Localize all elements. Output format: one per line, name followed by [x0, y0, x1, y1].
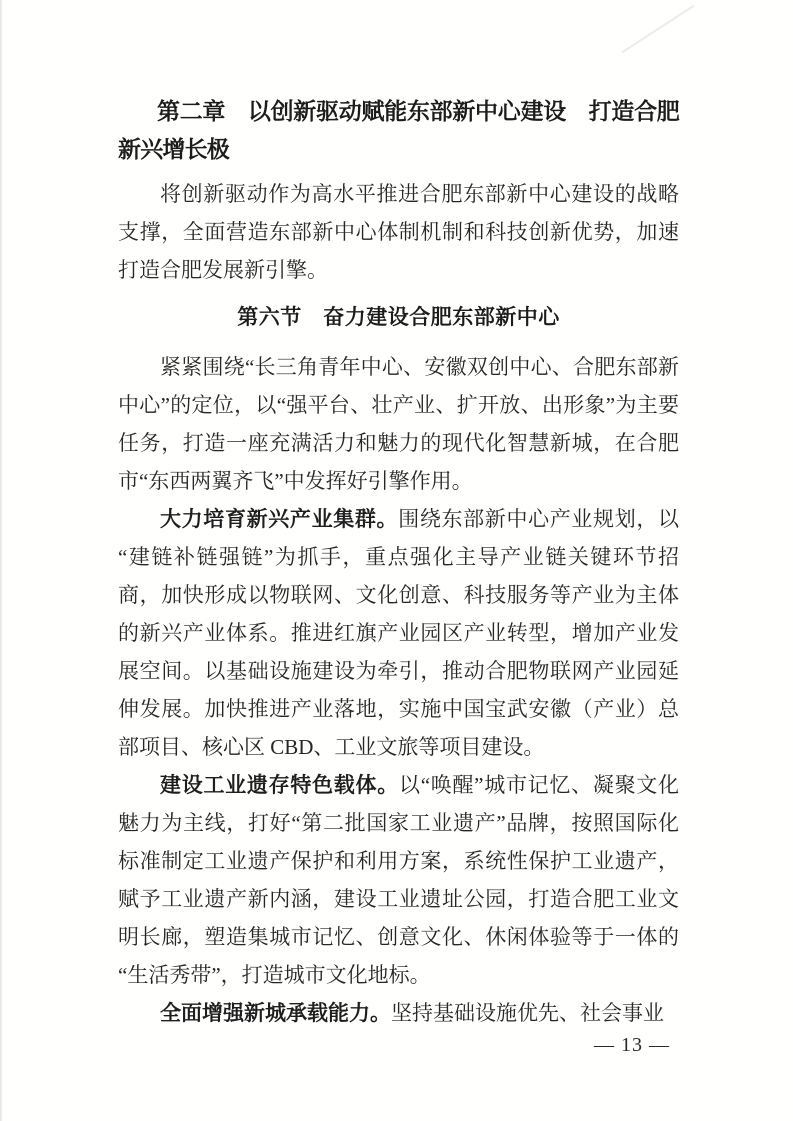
- paragraph-lead-text: 大力培育新兴产业集群。: [160, 507, 398, 531]
- scanned-document-page: 第二章 以创新驱动赋能东部新中心建设 打造合肥新兴增长极 将创新驱动作为高水平推…: [0, 0, 793, 1121]
- paragraph-body-text: 围绕东部新中心产业规划，以“建链补链强链”为抓手，重点强化主导产业链关键环节招商…: [118, 507, 679, 759]
- body-paragraph: 紧紧围绕“长三角青年中心、安徽双创中心、合肥东部新中心”的定位，以“强平台、壮产…: [118, 348, 679, 500]
- body-paragraph: 全面增强新城承载能力。坚持基础设施优先、社会事业: [118, 994, 679, 1032]
- section-heading: 第六节 奋力建设合肥东部新中心: [118, 302, 679, 332]
- page-number: — 13 —: [118, 1033, 670, 1057]
- paragraph-body-text: 紧紧围绕“长三角青年中心、安徽双创中心、合肥东部新中心”的定位，以“强平台、壮产…: [118, 355, 679, 493]
- chapter-intro-paragraph: 将创新驱动作为高水平推进合肥东部新中心建设的战略支撑，全面营造东部新中心体制机制…: [118, 175, 679, 289]
- paragraph-lead-text: 建设工业遗存特色载体。: [160, 773, 399, 797]
- scan-edge-artifact: [0, 0, 3, 1121]
- chapter-heading: 第二章 以创新驱动赋能东部新中心建设 打造合肥新兴增长极: [118, 92, 679, 168]
- page-content: 第二章 以创新驱动赋能东部新中心建设 打造合肥新兴增长极 将创新驱动作为高水平推…: [118, 0, 679, 1057]
- paragraph-body-text: 坚持基础设施优先、社会事业: [391, 1001, 664, 1025]
- body-paragraph: 大力培育新兴产业集群。围绕东部新中心产业规划，以“建链补链强链”为抓手，重点强化…: [118, 500, 679, 766]
- paragraph-lead-text: 全面增强新城承载能力。: [160, 1001, 391, 1025]
- body-paragraph: 建设工业遗存特色载体。以“唤醒”城市记忆、凝聚文化魅力为主线，打好“第二批国家工…: [118, 766, 679, 994]
- paragraph-body-text: 以“唤醒”城市记忆、凝聚文化魅力为主线，打好“第二批国家工业遗产”品牌，按照国际…: [118, 773, 679, 987]
